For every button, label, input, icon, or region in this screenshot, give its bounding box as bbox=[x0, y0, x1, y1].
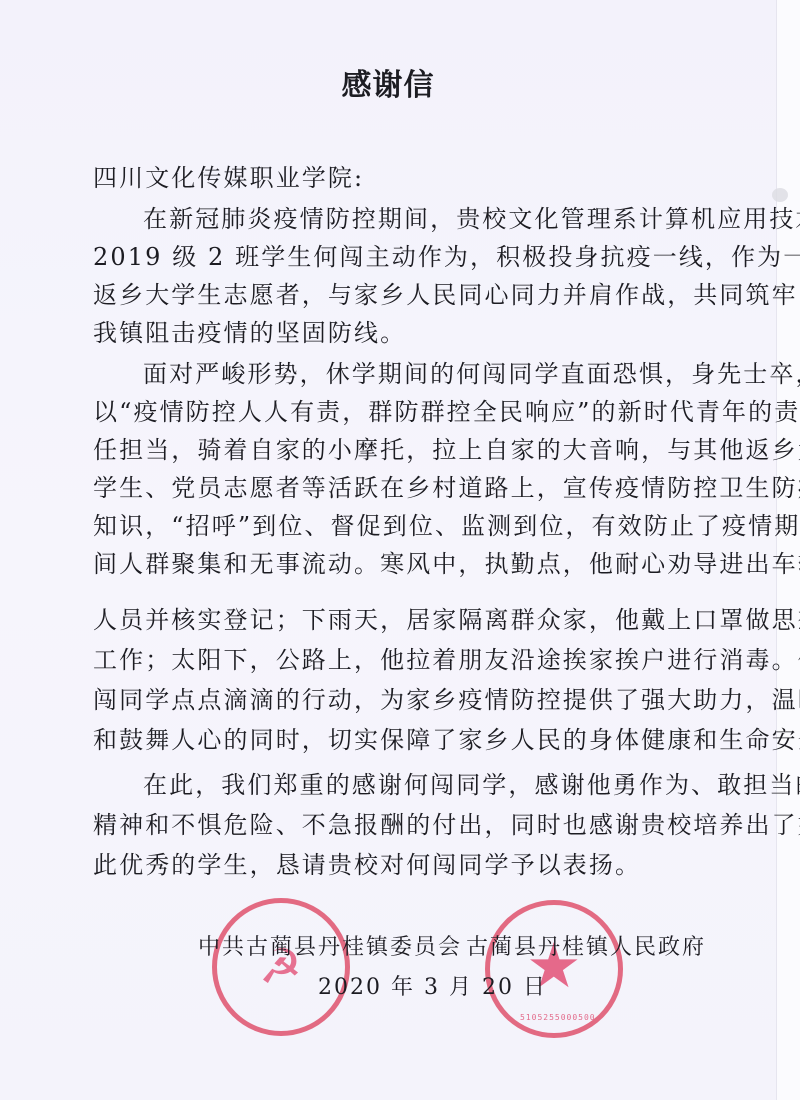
paragraph-2-line-3: 任担当，骑着自家的小摩托，拉上自家的大音响，与其他返乡大 bbox=[93, 435, 800, 465]
salutation: 四川文化传媒职业学院: bbox=[93, 163, 364, 193]
paragraph-2-line-7: 人员并核实登记；下雨天，居家隔离群众家，他戴上口罩做思想 bbox=[93, 605, 800, 635]
paragraph-3-line-2: 精神和不惧危险、不急报酬的付出，同时也感谢贵校培养出了如 bbox=[93, 810, 800, 840]
seal-code: 5105255000500 bbox=[520, 1013, 596, 1022]
paragraph-2-line-8: 工作；太阳下，公路上，他拉着朋友沿途挨家挨户进行消毒。何 bbox=[93, 645, 800, 675]
letter-date: 2020 年 3 月 20 日 bbox=[318, 970, 547, 1001]
paragraph-2-line-1: 面对严峻形势，休学期间的何闯同学直面恐惧，身先士卒， bbox=[143, 359, 800, 389]
paragraph-3-line-3: 此优秀的学生，恳请贵校对何闯同学予以表扬。 bbox=[93, 850, 641, 880]
punch-hole bbox=[772, 188, 788, 202]
paragraph-2-line-5: 知识，“招呼”到位、督促到位、监测到位，有效防止了疫情期 bbox=[93, 511, 800, 541]
party-committee-seal: ☭ bbox=[212, 898, 350, 1036]
letter-title: 感谢信 bbox=[0, 60, 776, 104]
paragraph-2-line-6: 间人群聚集和无事流动。寒风中，执勤点，他耐心劝导进出车辆 bbox=[93, 549, 800, 579]
paragraph-1-line-4: 我镇阻击疫情的坚固防线。 bbox=[93, 318, 406, 348]
paragraph-2-line-4: 学生、党员志愿者等活跃在乡村道路上，宣传疫情防控卫生防疫 bbox=[93, 473, 800, 503]
signature-party-committee: 中共古蔺县丹桂镇委员会 bbox=[198, 930, 462, 961]
signature-town-government: 古蔺县丹桂镇人民政府 bbox=[466, 930, 706, 961]
paragraph-1-line-3: 返乡大学生志愿者，与家乡人民同心同力并肩作战，共同筑牢了 bbox=[93, 280, 800, 310]
town-government-seal: ★ 5105255000500 bbox=[485, 900, 623, 1038]
paragraph-1-line-2: 2019 级 2 班学生何闯主动作为，积极投身抗疫一线，作为一名 bbox=[93, 242, 800, 272]
paragraph-2-line-9: 闯同学点点滴滴的行动，为家乡疫情防控提供了强大助力，温暖 bbox=[93, 685, 800, 715]
paragraph-2-line-10: 和鼓舞人心的同时，切实保障了家乡人民的身体健康和生命安全。 bbox=[93, 725, 800, 755]
paragraph-3-line-1: 在此，我们郑重的感谢何闯同学，感谢他勇作为、敢担当的 bbox=[143, 770, 800, 800]
paragraph-1-line-1: 在新冠肺炎疫情防控期间，贵校文化管理系计算机应用技术 bbox=[143, 204, 800, 234]
paragraph-2-line-2: 以“疫情防控人人有责，群防群控全民响应”的新时代青年的责 bbox=[93, 397, 800, 427]
